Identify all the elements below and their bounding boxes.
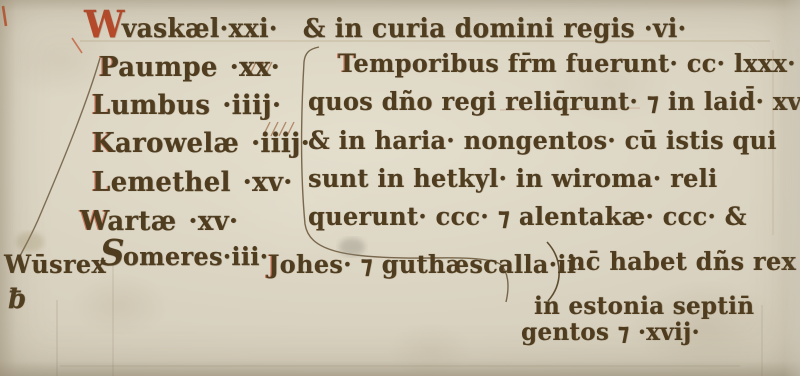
place-numeral-5: ·xv·: [188, 206, 238, 237]
right-line-1: Temporibus fr̄m fuerunt· cc· lxxx·: [338, 48, 796, 78]
estonia-line-2: gentos ⁊ ·xvij·: [521, 318, 700, 346]
place-name-2: Lumbus: [92, 90, 210, 121]
right-line-4: sunt in hetkyl· in wiroma· reli: [308, 163, 717, 193]
left-row-1: Paumpe·xx·: [99, 52, 280, 83]
place-name-4: Lemethel: [92, 167, 231, 198]
bottom-word-1: Wūsrex: [4, 249, 106, 279]
bottom-entry-someres: Someres·iii·: [100, 240, 268, 271]
left-row-4: Lemethel·xv·: [92, 167, 293, 198]
place-numeral-4: ·xv·: [243, 167, 293, 198]
place-numeral-3: ·iiij·: [251, 128, 310, 159]
manuscript-page: Wvaskæl·xxi· & in curia domini regis ·vi…: [0, 0, 800, 376]
place-numeral-2: ·iiij·: [222, 90, 281, 121]
right-line-5: querunt· ccc· ⁊ alentakæ· ccc· &: [308, 201, 747, 231]
someres-text: omeres·iii·: [123, 241, 268, 271]
estonia-line-1: in estonia septin̄: [534, 292, 754, 320]
heading-place-name: vaskæl: [122, 13, 220, 43]
rubric-initial-w: W: [84, 3, 125, 47]
right-line-2: quos dño regi reliq̄runt· ⁊ in laid̄· xv…: [308, 86, 800, 116]
place-name-1: Paumpe: [99, 52, 218, 83]
heading-numeral: ·xxi·: [220, 13, 278, 43]
bottom-entry-johes: Johes· ⁊ guthæscalla·ii·: [268, 249, 585, 279]
red-stroke-remnant: [72, 38, 82, 53]
place-name-3: Karowelæ: [92, 128, 239, 159]
right-line-3: & in haria· nongentos· cū istis qui: [308, 125, 777, 155]
place-numeral-1: ·xx·: [230, 52, 280, 83]
heading-rest: & in curia domini regis ·vi·: [303, 13, 687, 43]
heading-line: Wvaskæl·xxi· & in curia domini regis ·vi…: [84, 10, 687, 43]
decorated-s-initial: S: [100, 233, 125, 275]
bottom-right-clause: nc̄ habet dñs rex: [568, 246, 796, 276]
left-row-3: Karowelæ·iiij·: [92, 128, 310, 159]
place-name-5: Wartæ: [80, 206, 176, 237]
red-edge-tick: [3, 6, 6, 26]
left-row-2: Lumbus·iiij·: [92, 90, 281, 121]
margin-mark: ƀ: [8, 284, 26, 315]
